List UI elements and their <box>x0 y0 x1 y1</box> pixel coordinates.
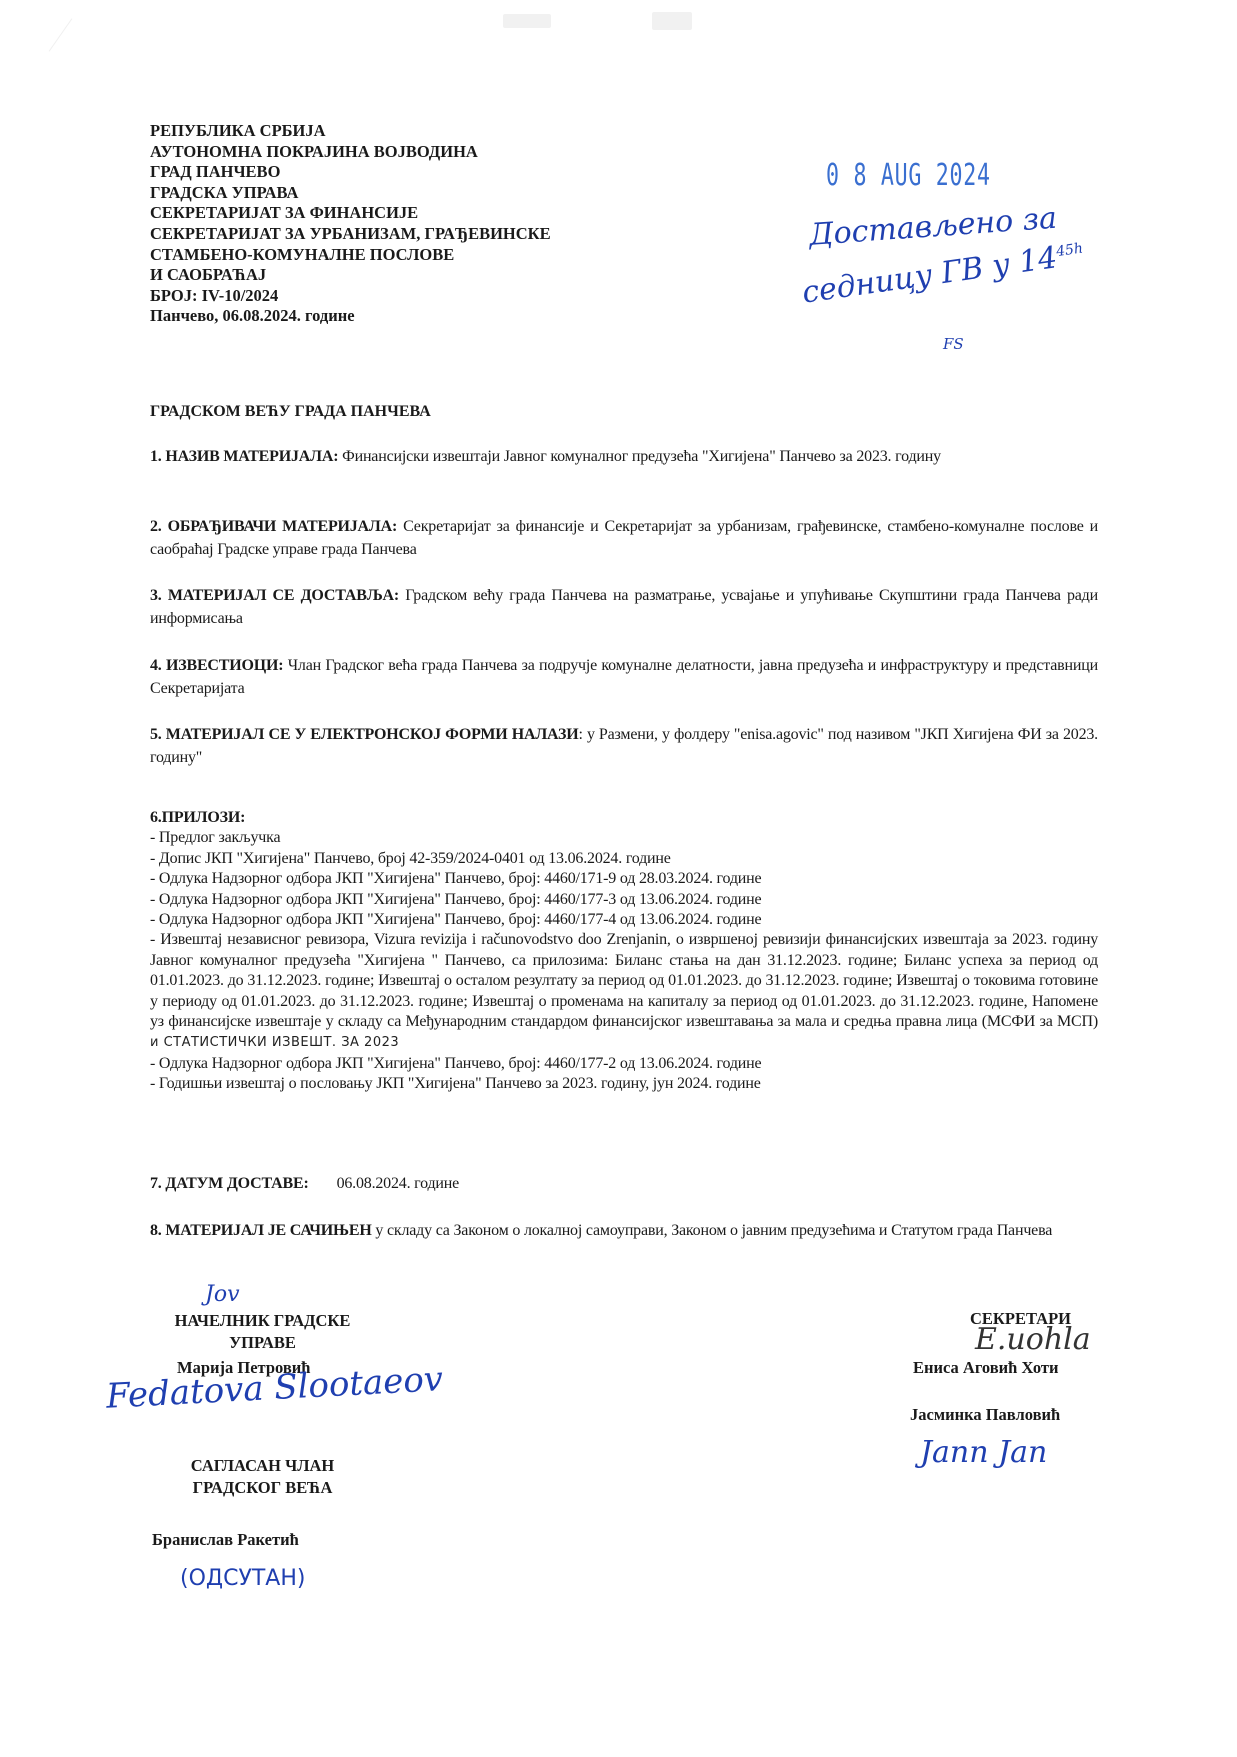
document-number: БРОЈ: IV-10/2024 <box>150 286 551 307</box>
attachment-item-audit: - Извештај независног ревизора, Vizura r… <box>150 930 1098 1053</box>
signatory-name: Јасминка Павловић <box>910 1405 1060 1425</box>
section-5: 5. МАТЕРИЈАЛ СЕ У ЕЛЕКТРОНСКОЈ ФОРМИ НАЛ… <box>150 723 1098 769</box>
attachment-item: - Одлука Надзорног одбора ЈКП "Хигијена"… <box>150 910 1098 930</box>
header-line: ГРАД ПАНЧЕВО <box>150 162 551 183</box>
title-line: САГЛАСАН ЧЛАН <box>150 1455 375 1477</box>
signatory-name: Ениса Аговић Хоти <box>913 1358 1059 1378</box>
section-7-delivery-date: 7. ДАТУМ ДОСТАВЕ:06.08.2024. године <box>150 1172 1098 1195</box>
header-line: И САОБРАЋАЈ <box>150 265 551 286</box>
section-label: 1. НАЗИВ МАТЕРИЈАЛА: <box>150 448 338 465</box>
signatory-name: Бранислав Ракетић <box>152 1530 299 1550</box>
header-line: СЕКРЕТАРИЈАТ ЗА УРБАНИЗАМ, ГРАЂЕВИНСКЕ <box>150 224 551 245</box>
head-of-administration-title: НАЧЕЛНИК ГРАДСКЕ УПРАВЕ <box>150 1310 375 1354</box>
attachment-item: - Одлука Надзорног одбора ЈКП "Хигијена"… <box>150 890 1098 910</box>
scan-artifact-stroke <box>49 18 73 51</box>
handwritten-initials-left: Jov <box>205 1282 240 1307</box>
header-line: РЕПУБЛИКА СРБИЈА <box>150 121 551 142</box>
header-line: ГРАДСКА УПРАВА <box>150 183 551 204</box>
section-3: 3. МАТЕРИЈАЛ СЕ ДОСТАВЉА: Градском већу … <box>150 584 1098 630</box>
section-label: 4. ИЗВЕСТИОЦИ: <box>150 657 283 674</box>
delivery-date-label: 7. ДАТУМ ДОСТАВЕ: <box>150 1175 309 1192</box>
section-text: Члан Градског већа града Панчева за подр… <box>150 657 1098 697</box>
compliance-text: у складу са Законом о локалној самоуправ… <box>372 1222 1053 1239</box>
header-line: СТАМБЕНО-КОМУНАЛНЕ ПОСЛОВЕ <box>150 245 551 266</box>
handwritten-signature: Jann Jan <box>920 1435 1047 1470</box>
header-line: СЕКРЕТАРИЈАТ ЗА ФИНАНСИЈЕ <box>150 203 551 224</box>
addressee: ГРАДСКОМ ВЕЋУ ГРАДА ПАНЧЕВА <box>150 403 431 421</box>
section-8-compliance: 8. МАТЕРИЈАЛ ЈЕ САЧИЊЕН у складу са Зако… <box>150 1219 1098 1242</box>
section-4: 4. ИЗВЕСТИОЦИ: Члан Градског већа града … <box>150 654 1098 700</box>
document-place-date: Панчево, 06.08.2024. године <box>150 306 551 327</box>
title-line: УПРАВЕ <box>150 1332 375 1354</box>
attachment-item: - Годишњи извештај о пословању ЈКП "Хиги… <box>150 1074 1098 1094</box>
handwritten-initials: FS <box>943 335 964 353</box>
section-label: 3. МАТЕРИЈАЛ СЕ ДОСТАВЉА: <box>150 587 399 604</box>
compliance-label: 8. МАТЕРИЈАЛ ЈЕ САЧИЊЕН <box>150 1222 372 1239</box>
header-line: АУТОНОМНА ПОКРАЈИНА ВОЈВОДИНА <box>150 142 551 163</box>
attachments-section: 6.ПРИЛОЗИ: - Предлог закључка - Допис ЈК… <box>150 808 1098 1095</box>
handwritten-absent-note: (ОДСУТАН) <box>180 1566 305 1591</box>
title-line: ГРАДСКОГ ВЕЋА <box>150 1477 375 1499</box>
attachment-item: - Допис ЈКП "Хигијена" Панчево, број 42-… <box>150 849 1098 869</box>
title-line: НАЧЕЛНИК ГРАДСКЕ <box>150 1310 375 1332</box>
section-1: 1. НАЗИВ МАТЕРИЈАЛА: Финансијски извешта… <box>150 445 1098 468</box>
council-member-title: САГЛАСАН ЧЛАН ГРАДСКОГ ВЕЋА <box>150 1455 375 1499</box>
section-text: Финансијски извештаји Јавног комуналног … <box>338 448 941 465</box>
attachments-label: 6.ПРИЛОЗИ: <box>150 808 1098 828</box>
handwritten-signature: E.uohla <box>975 1322 1091 1357</box>
section-2: 2. ОБРАЂИВАЧИ МАТЕРИЈАЛА: Секретаријат з… <box>150 515 1098 561</box>
handwritten-note-time: 45h <box>1055 240 1084 260</box>
handwritten-addition: и СТАТИСТИЧКИ ИЗВЕШТ. ЗА 2023 <box>150 1035 399 1050</box>
attachment-item: - Предлог закључка <box>150 828 1098 848</box>
received-date-stamp: 0 8 AUG 2024 <box>826 158 991 193</box>
document-header: РЕПУБЛИКА СРБИЈА АУТОНОМНА ПОКРАЈИНА ВОЈ… <box>150 121 551 327</box>
section-label: 5. МАТЕРИЈАЛ СЕ У ЕЛЕКТРОНСКОЈ ФОРМИ НАЛ… <box>150 726 579 743</box>
delivery-date-value: 06.08.2024. године <box>337 1175 459 1192</box>
attachment-item: - Одлука Надзорног одбора ЈКП "Хигијена"… <box>150 1054 1098 1074</box>
handwritten-signature: Fedatova Slootaeov <box>105 1359 444 1417</box>
scan-artifact <box>503 14 551 28</box>
attachment-item: - Одлука Надзорног одбора ЈКП "Хигијена"… <box>150 869 1098 889</box>
scan-artifact <box>652 12 692 30</box>
section-label: 2. ОБРАЂИВАЧИ МАТЕРИЈАЛА: <box>150 518 397 535</box>
audit-report-text: - Извештај независног ревизора, Vizura r… <box>150 931 1098 1030</box>
